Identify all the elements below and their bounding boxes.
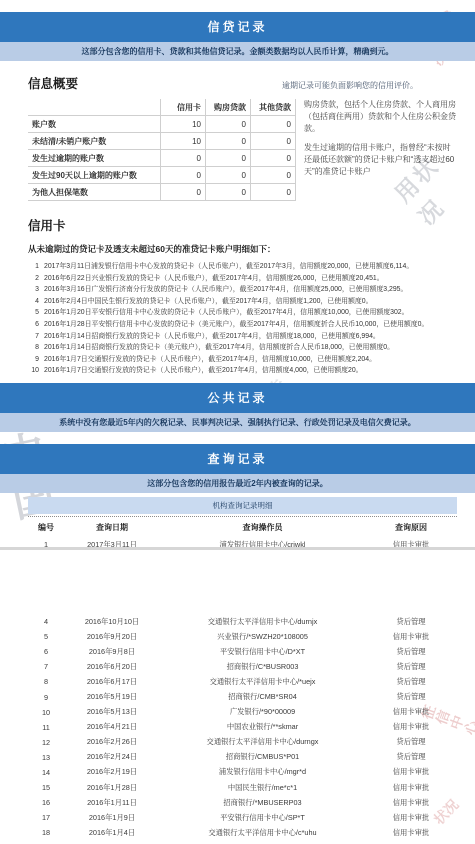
summary-row: 账户数 10 0 0 (28, 116, 296, 133)
credit-card-item: 22016年6月22日兴业银行发放的贷记卡（人民币账户），截至2017年4月，信… (28, 273, 457, 285)
summary-col-other-loan: 其他贷款 (251, 99, 296, 116)
credit-card-item: 92016年1月7日交通银行发放的贷记卡（人民币账户），截至2017年4月，信用… (28, 354, 457, 366)
query-row: 5 2016年9月20日 兴业银行/*SWZH20*108005 信用卡审批 (28, 629, 457, 644)
public-records-subtitle: 系统中没有您最近5年内的欠税记录、民事判决记录、强制执行记录、行政处罚记录及电信… (0, 413, 475, 432)
summary-col-credit-card: 信用卡 (161, 99, 206, 116)
public-records-title: 公共记录 (0, 383, 475, 413)
credit-card-item: 102016年1月7日交通银行发放的贷记卡（人民币账户），截至2017年4月，信… (28, 365, 457, 377)
summary-header-row: 信用卡 购房贷款 其他贷款 (28, 99, 296, 116)
note-house-loan: 购房贷款，包括个人住房贷款、个人商用房（包括商住两用）贷款和个人住房公积金贷款。 (304, 99, 457, 135)
query-row: 7 2016年6月20日 招商银行/C*BUSR003 贷后管理 (28, 659, 457, 674)
query-row: 14 2016年2月19日 浦发银行信用卡中心/mgr*d 信用卡审批 (28, 765, 457, 780)
query-row: 11 2016年4月21日 中国农业银行/**skmar 信用卡审批 (28, 720, 457, 735)
summary-side-notes: 购房贷款，包括个人住房贷款、个人商用房（包括商住两用）贷款和个人住房公积金贷款。… (296, 99, 457, 201)
credit-card-item: 32016年3月16日广发银行济南分行发放的贷记卡（人民币账户），截至2017年… (28, 284, 457, 296)
credit-card-item: 62016年1月28日平安银行信用卡中心发放的贷记卡（美元账户），截至2017年… (28, 319, 457, 331)
col-date: 查询日期 (64, 522, 160, 533)
credit-card-item: 42016年2月4日中国民生银行发放的贷记卡（人民币账户），截至2017年4月，… (28, 296, 457, 308)
credit-record-section-subtitle: 这部分包含您的信用卡、贷款和其他信贷记录。金额类数据均以人民币计算，精确到元。 (0, 42, 475, 61)
query-table-header: 编号 查询日期 查询操作员 查询原因 (28, 517, 457, 537)
query-row: 17 2016年1月9日 平安银行信用卡中心/SP*T 信用卡审批 (28, 810, 457, 825)
summary-col-house-loan: 购房贷款 (206, 99, 251, 116)
query-row: 8 2016年6月17日 交通银行太平洋信用卡中心/*uejx 贷后管理 (28, 674, 457, 689)
credit-card-item: 12017年3月11日浦发银行信用卡中心发放的贷记卡（人民币账户），截至2017… (28, 261, 457, 273)
summary-row: 为他人担保笔数 0 0 0 (28, 184, 296, 201)
report-page-2: 征信中心 状况 4 2016年10月10日 交通银行太平洋信用卡中心/durnj… (0, 550, 475, 844)
credit-card-title: 信用卡 (28, 216, 457, 234)
summary-row: 未结清/未销户账户数 10 0 0 (28, 133, 296, 150)
col-no: 编号 (28, 522, 64, 533)
col-operator: 查询操作员 (160, 522, 365, 533)
query-row: 13 2016年2月24日 招商银行/CMBUS*P01 贷后管理 (28, 750, 457, 765)
query-row: 16 2016年1月11日 招商银行/*MBUSERP03 信用卡审批 (28, 795, 457, 810)
credit-record-section-title: 信贷记录 (0, 12, 475, 42)
query-row: 4 2016年10月10日 交通银行太平洋信用卡中心/durnjx 贷后管理 (28, 614, 457, 629)
col-reason: 查询原因 (365, 522, 457, 533)
query-band: 机构查询记录明细 (28, 497, 457, 514)
summary-row: 发生过逾期的账户数 0 0 0 (28, 150, 296, 167)
credit-card-item: 72016年1月14日招商银行发放的贷记卡（人民币账户），截至2017年4月，信… (28, 331, 457, 343)
credit-card-list: 12017年3月11日浦发银行信用卡中心发放的贷记卡（人民币账户），截至2017… (28, 261, 457, 377)
query-row: 1 2017年3月11日 浦发银行信用卡中心/crjwkl 信用卡审批 (28, 537, 457, 547)
query-row: 15 2016年1月28日 中国民生银行/me*c*1 信用卡审批 (28, 780, 457, 795)
summary-block: 信用卡 购房贷款 其他贷款 账户数 10 0 0 未结清/未销户账户数 10 0… (28, 99, 457, 201)
query-row: 6 2016年9月8日 平安银行信用卡中心/D*XT 贷后管理 (28, 644, 457, 659)
summary-table: 信用卡 购房贷款 其他贷款 账户数 10 0 0 未结清/未销户账户数 10 0… (28, 99, 296, 201)
credit-card-intro: 从未逾期过的贷记卡及透支未超过60天的准贷记卡账户明细如下： (28, 243, 457, 255)
summary-title: 信息概要 (28, 74, 78, 92)
query-records-subtitle: 这部分包含您的信用报告最近2年内被查询的记录。 (0, 474, 475, 493)
query-row: 9 2016年5月19日 招商银行/CMB*SR04 贷后管理 (28, 689, 457, 704)
query-row: 18 2016年1月4日 交通银行太平洋信用卡中心/c*uhu 信用卡审批 (28, 825, 457, 840)
query-records-title: 查询记录 (0, 444, 475, 474)
note-overdue-def: 发生过逾期的信用卡账户，指曾经“未按时还最低还款额”的贷记卡账户和“透支超过60… (304, 142, 457, 178)
query-row: 10 2016年5月13日 广发银行/*90*00009 信用卡审批 (28, 705, 457, 720)
query-row: 12 2016年2月26日 交通银行太平洋信用卡中心/durngx 贷后管理 (28, 735, 457, 750)
summary-row: 发生过90天以上逾期的账户数 0 0 0 (28, 167, 296, 184)
report-page-1: 信用状况 用状况 本报告 中国 信贷记录 这部分包含您的信用卡、贷款和其他信贷记… (0, 0, 475, 547)
credit-card-item: 82016年1月14日招商银行发放的贷记卡（美元账户），截至2017年4月，信用… (28, 342, 457, 354)
overdue-note: 逾期记录可能负面影响您的信用评价。 (282, 80, 457, 92)
credit-card-item: 52016年1月20日平安银行信用卡中心发放的贷记卡（人民币账户），截至2017… (28, 307, 457, 319)
